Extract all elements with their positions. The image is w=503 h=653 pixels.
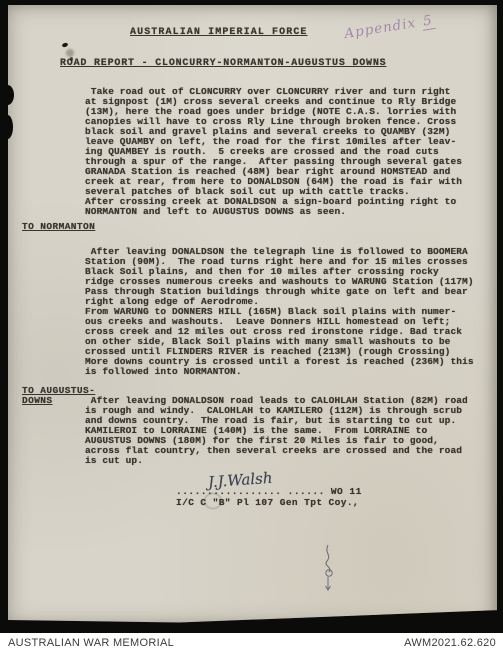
report-title: ROAD REPORT - CLONCURRY-NORMANTON-AUGUST… [60, 58, 386, 69]
paragraph-to-augustus-downs: After leaving DONALDSON road leads to CA… [85, 396, 468, 466]
paper-crease [66, 49, 74, 57]
paragraph-cloncurry-route: Take road out of CLONCURRY over CLONCURR… [85, 87, 462, 217]
appendix-word: Appendix [343, 15, 417, 42]
handwritten-appendix-note: Appendix 5 [343, 12, 436, 42]
signature-rank: WO 11 [325, 486, 362, 497]
scanned-document-page: { "document": { "header": "AUSTRALIAN IM… [0, 0, 503, 653]
paper-speck [70, 57, 73, 61]
archive-footer-bar: AUSTRALIAN WAR MEMORIAL AWM2021.62.620 [0, 633, 503, 653]
appendix-number: 5 [420, 12, 436, 31]
catalog-number: AWM2021.62.620 [404, 637, 496, 649]
paper-hole [61, 42, 68, 48]
ink-smudge [204, 493, 222, 509]
ink-doodle [306, 543, 346, 598]
scan-edge-artifact [2, 115, 13, 139]
institution-name: AUSTRALIAN WAR MEMORIAL [8, 637, 174, 649]
section-heading-to-normanton: TO NORMANTON [22, 221, 95, 232]
document-header: AUSTRALIAN IMPERIAL FORCE [130, 27, 308, 38]
section-heading-downs: DOWNS [22, 395, 53, 406]
scan-edge-artifact [1, 85, 14, 105]
document-scan: AUSTRALIAN IMPERIAL FORCE Appendix 5 ROA… [8, 5, 497, 625]
signature-line: ................. ......WO 11 [176, 486, 362, 497]
paragraph-to-normanton: After leaving DONALDSON the telegraph li… [85, 247, 474, 377]
